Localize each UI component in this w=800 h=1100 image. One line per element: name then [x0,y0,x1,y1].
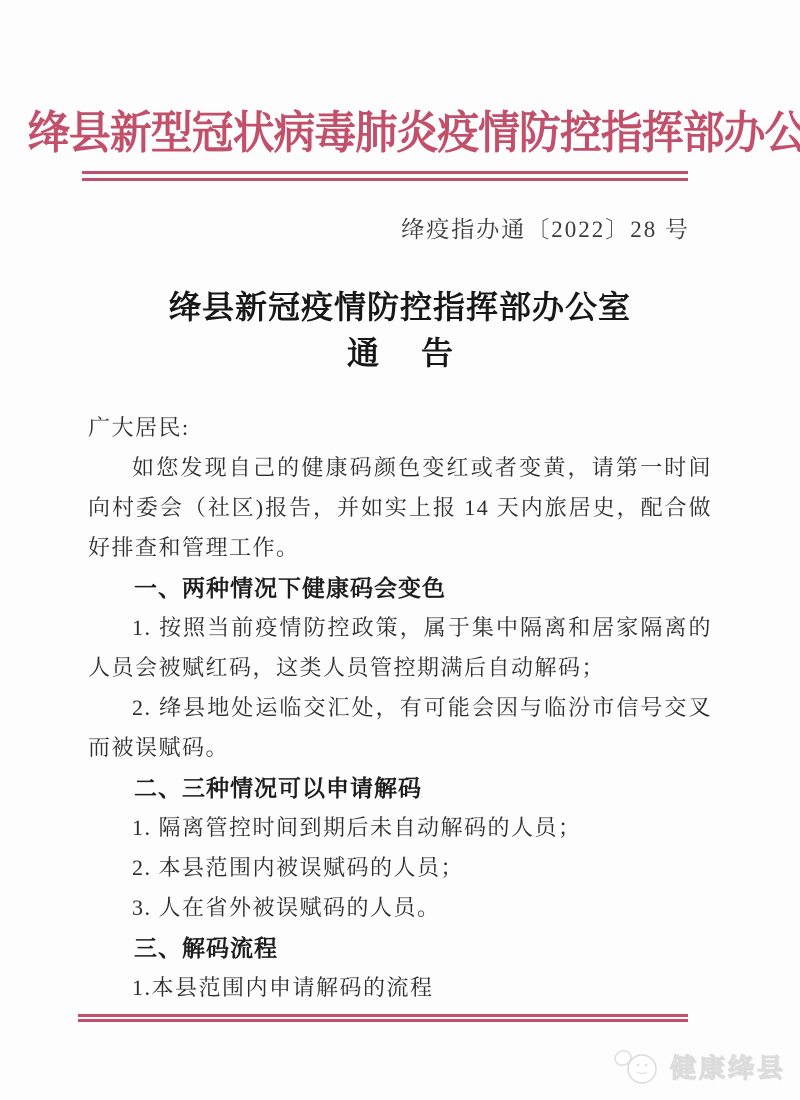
section-heading-2: 二、三种情况可以申请解码 [88,768,712,808]
paragraph-intro: 如您发现自己的健康码颜色变红或者变黄，请第一时间向村委会（社区)报告，并如实上报… [88,448,712,568]
notice-title-char-tong: 通 [347,335,379,371]
watermark-label: 健康绛县 [670,1048,786,1085]
notice-title-char-gao: 告 [421,335,453,371]
doc-reference-number: 绛疫指办通〔2022〕28 号 [401,211,690,244]
notice-title-line1: 绛县新冠疫情防控指挥部办公室 [0,282,800,328]
letterhead-org-name: 绛县新型冠状病毒肺炎疫情防控指挥部办公室 [28,96,772,161]
section-heading-3: 三、解码流程 [88,928,712,968]
section2-item2: 2. 本县范围内被误赋码的人员； [88,848,712,888]
notice-body: 广大居民: 如您发现自己的健康码颜色变红或者变黄，请第一时间向村委会（社区)报告… [88,408,712,1008]
page-bottom-rule [78,1014,688,1022]
section2-item1: 1. 隔离管控时间到期后未自动解码的人员； [88,808,712,848]
mascot-logo-icon [610,1044,666,1088]
section1-item1: 1. 按照当前疫情防控政策，属于集中隔离和居家隔离的人员会被赋红码，这类人员管控… [88,608,712,688]
salutation: 广大居民: [88,408,712,448]
document-scan-page: 绛县新型冠状病毒肺炎疫情防控指挥部办公室 绛疫指办通〔2022〕28 号 绛县新… [0,0,800,1100]
notice-title-line2: 通告 [0,328,800,374]
section-heading-1: 一、两种情况下健康码会变色 [88,568,712,608]
letterhead-double-rule [82,171,688,181]
section1-item2: 2. 绛县地处运临交汇处，有可能会因与临汾市信号交叉而被误赋码。 [88,688,712,768]
section2-item3: 3. 人在省外被误赋码的人员。 [88,888,712,928]
section3-item1: 1.本县范围内申请解码的流程 [88,968,712,1008]
watermark: 健康绛县 [610,1044,786,1088]
